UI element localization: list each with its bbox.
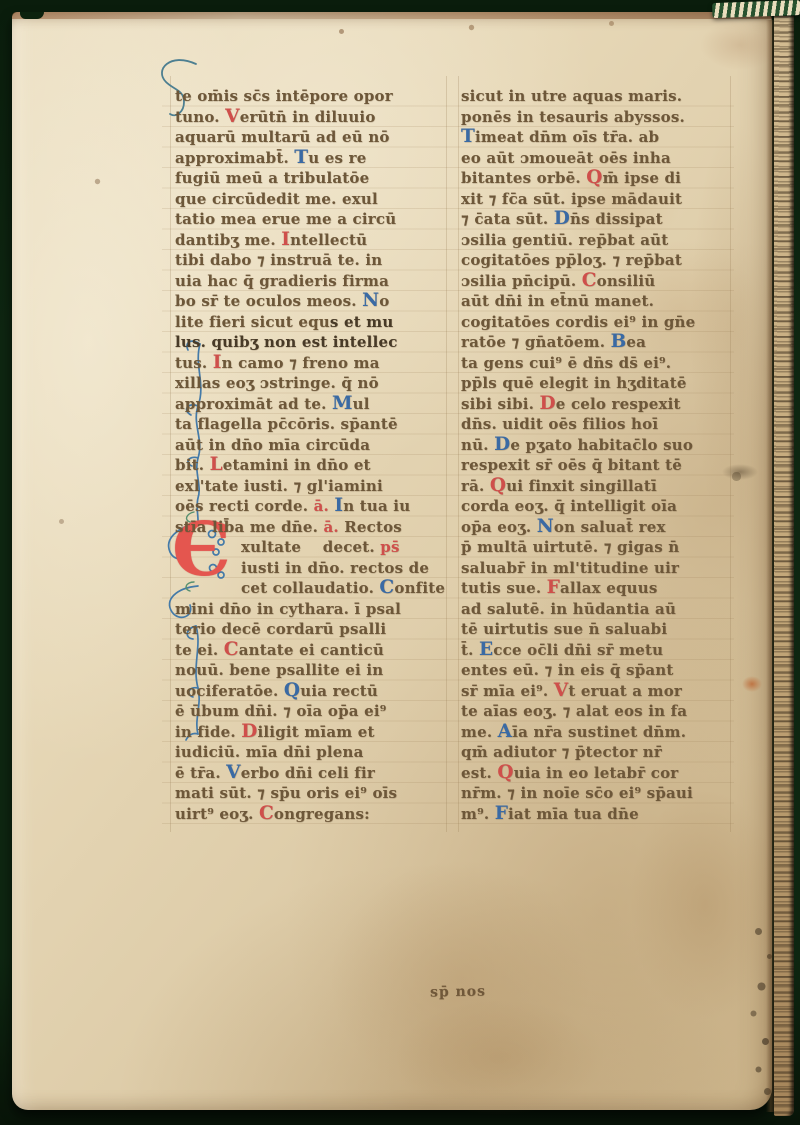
text-segment: xultate — [241, 538, 301, 556]
text-segment: imeat dn̄m oīs tr̄a. ab — [475, 128, 659, 146]
text-segment: dn̄s. uidit oēs filios hoī — [461, 415, 658, 433]
text-segment: cogitatōes cordis ei⁹ in gn̄e — [461, 313, 695, 331]
rubric-initial: Q — [497, 762, 513, 783]
text-segment-dark: s et mu — [330, 313, 394, 331]
edge-specks — [0, 0, 3, 3]
text-column-left: te om̄is sc̄s intēpore oportuno. Verūtn̄… — [175, 86, 449, 824]
text-line: ratōe ⁊ gn̄atōem. Bea — [461, 332, 735, 353]
text-line: ta gens cui⁹ ē dn̄s ds̄ ei⁹. — [461, 353, 735, 374]
text-segment: oēs recti corde. — [175, 497, 314, 515]
text-segment: ta gens cui⁹ ē dn̄s ds̄ ei⁹. — [461, 354, 671, 372]
text-segment: allax equus — [560, 579, 658, 597]
text-line: cogitatōes pp̄loʒ. ⁊ rep̄bat — [461, 250, 735, 271]
text-segment: aūt in dn̄o mīa circūda — [175, 436, 370, 454]
text-segment-dark: lus. quibʒ non est intellec — [175, 333, 398, 351]
rubric-initial: I — [281, 229, 290, 250]
text-segment: ⁊ c̄ata sūt. — [461, 210, 554, 228]
text-segment: ɔsilia gentiū. rep̄bat aūt — [461, 231, 668, 249]
text-segment: bo sr̄ te oculos meos. — [175, 292, 362, 310]
text-line: rā. Qui finxit singillatī — [461, 476, 735, 497]
text-line: t̄. Ecce oc̄li dn̄i sr̄ metu — [461, 640, 735, 661]
text-segment: ratōe ⁊ gn̄atōem. — [461, 333, 611, 351]
text-segment: approximabt̄. — [175, 149, 294, 167]
text-segment: erbo dn̄i celi fir — [241, 764, 375, 782]
text-segment: cce oc̄li dn̄i sr̄ metu — [493, 641, 663, 659]
text-line: dantibʒ me. Intellectū — [175, 230, 449, 251]
text-segment: ē tr̄a. — [175, 764, 226, 782]
text-line: approximabt̄. Tu es re — [175, 148, 449, 169]
text-line: xultate decet. ps̄ — [175, 537, 449, 558]
text-line: est. Quia in eo letabr̄ cor — [461, 763, 735, 784]
text-segment: on saluat̄ rex — [554, 518, 666, 536]
text-line: Timeat dn̄m oīs tr̄a. ab — [461, 127, 735, 148]
text-segment: cogitatōes pp̄loʒ. ⁊ rep̄bat — [461, 251, 682, 269]
rubric-initial: C — [582, 270, 597, 291]
text-segment: dantibʒ me. — [175, 231, 281, 249]
blue-initial: D — [494, 434, 510, 455]
text-segment: aūt dn̄i in et̄nū manet. — [461, 292, 654, 310]
text-segment: decet. — [323, 538, 380, 556]
text-segment: ta flagella pc̄cōris. sp̄antē — [175, 415, 398, 433]
text-segment: saluabr̄ in ml'titudine uir — [461, 559, 679, 577]
blue-initial: F — [495, 803, 508, 824]
text-line: uirt⁹ eoʒ. Congregans: — [175, 804, 449, 825]
text-line: lus. quibʒ non est intellec — [175, 332, 449, 353]
text-segment: e celo respexit — [556, 395, 681, 413]
text-segment: ponēs in tesauris abyssos. — [461, 108, 685, 126]
text-segment: xillas eoʒ ɔstringe. q̄ nō — [175, 374, 379, 392]
text-line: uia hac q̄ gradieris firma — [175, 271, 449, 292]
text-line: ē ūbum dn̄i. ⁊ oīa op̄a ei⁹ — [175, 701, 449, 722]
text-line: tatio mea erue me a circū — [175, 209, 449, 230]
text-line: aūt dn̄i in et̄nū manet. — [461, 291, 735, 312]
page-edge-notch — [20, 12, 44, 19]
text-segment: est. — [461, 764, 497, 782]
text-segment: uociferatōe. — [175, 682, 284, 700]
text-segment: bit. — [175, 456, 210, 474]
book-fore-edge — [774, 16, 794, 1116]
text-segment: n camo ⁊ freno ma — [222, 354, 380, 372]
text-column-right: sicut in utre aquas maris.ponēs in tesau… — [461, 86, 735, 824]
blue-initial: N — [537, 516, 554, 537]
text-segment: tus. — [175, 354, 213, 372]
text-segment: n̄s dissipat — [570, 210, 663, 228]
text-line: ɔsilia pn̄cipū. Consiliū — [461, 271, 735, 292]
text-segment: sibi sibi. — [461, 395, 540, 413]
text-segment: entes eū. ⁊ in eis q̄ sp̄ant — [461, 661, 674, 679]
text-line: aquarū multarū ad eū nō — [175, 127, 449, 148]
endband — [712, 0, 800, 18]
text-line: nouū. bene psallite ei in — [175, 660, 449, 681]
rubric-initial: V — [554, 680, 569, 701]
text-segment: iusti in dn̄o. rectos de — [241, 559, 429, 577]
text-line: te ei. Cantate ei canticū — [175, 640, 449, 661]
text-segment: nouū. bene psallite ei in — [175, 661, 383, 679]
text-segment: xit ⁊ fc̄a sūt. ipse mādauit — [461, 190, 682, 208]
text-line: pp̄ls quē elegit in hʒditatē — [461, 373, 735, 394]
blue-initial: T — [294, 147, 308, 168]
text-segment: te om̄is sc̄s intēpore opor — [175, 87, 393, 105]
text-segment: u es re — [308, 149, 366, 167]
text-line: tē uirtutis sue n̄ saluabi — [461, 619, 735, 640]
text-segment: uia hac q̄ gradieris firma — [175, 272, 389, 290]
text-line: qm̄ adiutor ⁊ p̄tector nr̄ — [461, 742, 735, 763]
blue-initial: T — [461, 126, 475, 147]
text-line: iusti in dn̄o. rectos de — [175, 558, 449, 579]
text-segment: corda eoʒ. q̄ intelligit oīa — [461, 497, 677, 515]
ruling-vertical — [458, 76, 459, 832]
text-segment: etamini in dn̄o et — [223, 456, 371, 474]
text-line: bitantes orbē. Qm̄ ipse di — [461, 168, 735, 189]
text-segment: ntellectū — [290, 231, 367, 249]
text-line: mini dn̄o in cythara. ī psal — [175, 599, 449, 620]
text-line: respexit sr̄ oēs q̄ bitant tē — [461, 455, 735, 476]
text-segment: uia rectū — [300, 682, 378, 700]
text-segment: ɔsilia pn̄cipū. — [461, 272, 582, 290]
text-line: entes eū. ⁊ in eis q̄ sp̄ant — [461, 660, 735, 681]
blue-initial: V — [226, 762, 241, 783]
text-line: que circūdedit me. exul — [175, 189, 449, 210]
text-segment: lite fieri sicut equ — [175, 313, 330, 331]
text-segment: onsiliū — [597, 272, 656, 290]
text-line: ⁊ c̄ata sūt. Dn̄s dissipat — [461, 209, 735, 230]
text-line: iudiciū. mīa dn̄i plena — [175, 742, 449, 763]
text-line: ponēs in tesauris abyssos. — [461, 107, 735, 128]
text-line: eo aūt ɔmoueāt oēs inha — [461, 148, 735, 169]
text-segment: pp̄ls quē elegit in hʒditatē — [461, 374, 687, 392]
text-line: oēs recti corde. ā. In tua iu — [175, 496, 449, 517]
page-fold-shadow — [766, 20, 774, 1112]
text-line: in fide. Diligit mīam et — [175, 722, 449, 743]
rubric-initial: D — [540, 393, 556, 414]
text-segment: tibi dabo ⁊ instruā te. in — [175, 251, 382, 269]
text-segment: m⁹. — [461, 805, 495, 823]
rubric-text: ā. — [323, 518, 344, 536]
text-segment: Rectos — [344, 518, 402, 536]
text-segment: o — [379, 292, 389, 310]
text-line: approximāt ad te. Mul — [175, 394, 449, 415]
text-line: aūt in dn̄o mīa circūda — [175, 435, 449, 456]
text-segment: antate ei canticū — [239, 641, 384, 659]
text-line: ē tr̄a. Verbo dn̄i celi fir — [175, 763, 449, 784]
text-line: bit. Letamini in dn̄o et — [175, 455, 449, 476]
blue-initial: M — [332, 393, 353, 414]
text-segment: stīa lib̄a me dn̄e. — [175, 518, 323, 536]
text-segment: sicut in utre aquas maris. — [461, 87, 682, 105]
text-segment: rā. — [461, 477, 490, 495]
text-segment: qm̄ adiutor ⁊ p̄tector nr̄ — [461, 743, 662, 761]
text-line: cogitatōes cordis ei⁹ in gn̄e — [461, 312, 735, 333]
text-line: cet collaudatio. Confite — [175, 578, 449, 599]
rubric-initial: C — [224, 639, 239, 660]
text-segment: uia in eo letabr̄ cor — [514, 764, 679, 782]
text-segment: uirt⁹ eoʒ. — [175, 805, 259, 823]
rubric-initial: Q — [586, 167, 602, 188]
text-segment: te ei. — [175, 641, 224, 659]
rubric-initial: I — [213, 352, 222, 373]
text-segment: mini dn̄o in cythara. ī psal — [175, 600, 401, 618]
blue-initial: E — [479, 639, 493, 660]
text-segment: iligit mīam et — [258, 723, 375, 741]
blue-initial: D — [554, 208, 570, 229]
text-segment: p̄ multā uirtutē. ⁊ gigas n̄ — [461, 538, 679, 556]
text-segment: aquarū multarū ad eū nō — [175, 128, 390, 146]
text-segment: erūtn̄ in diluuio — [240, 108, 376, 126]
text-segment: nū. — [461, 436, 494, 454]
text-line: p̄ multā uirtutē. ⁊ gigas n̄ — [461, 537, 735, 558]
blue-initial: N — [362, 290, 379, 311]
scan-background: Є te om̄is sc̄s intēpore oportuno. Verūt… — [0, 0, 800, 1125]
rubric-initial: V — [225, 106, 240, 127]
text-segment: te aīas eoʒ. ⁊ alat eos in fa — [461, 702, 687, 720]
text-segment: t̄. — [461, 641, 479, 659]
text-line: sibi sibi. De celo respexit — [461, 394, 735, 415]
text-line: tus. In camo ⁊ freno ma — [175, 353, 449, 374]
text-line: te om̄is sc̄s intēpore opor — [175, 86, 449, 107]
blue-initial: A — [498, 721, 513, 742]
text-line: exl'tate iusti. ⁊ gl'iamini — [175, 476, 449, 497]
blue-initial: I — [334, 495, 343, 516]
text-line: uociferatōe. Quia rectū — [175, 681, 449, 702]
rubric-initial: F — [547, 577, 560, 598]
text-line: terio decē cordarū psalli — [175, 619, 449, 640]
text-segment: m̄ ipse di — [603, 169, 681, 187]
rubric-initial: D — [241, 721, 257, 742]
text-line: stīa lib̄a me dn̄e. ā. Rectos — [175, 517, 449, 538]
text-segment — [301, 538, 323, 556]
text-line: tuno. Verūtn̄ in diluuio — [175, 107, 449, 128]
text-segment: ea — [626, 333, 646, 351]
text-line: me. Aīa nr̄a sustinet dn̄m. — [461, 722, 735, 743]
text-line: tibi dabo ⁊ instruā te. in — [175, 250, 449, 271]
blue-initial: B — [611, 331, 627, 352]
text-segment: in fide. — [175, 723, 241, 741]
text-line: corda eoʒ. q̄ intelligit oīa — [461, 496, 735, 517]
text-line: sicut in utre aquas maris. — [461, 86, 735, 107]
text-line: m⁹. Fiat mīa tua dn̄e — [461, 804, 735, 825]
text-segment: tuno. — [175, 108, 225, 126]
text-line: ɔsilia gentiū. rep̄bat aūt — [461, 230, 735, 251]
text-segment: bitantes orbē. — [461, 169, 586, 187]
rubric-initial: L — [210, 454, 223, 475]
text-segment: e pʒato habitac̄lo suo — [510, 436, 693, 454]
text-segment: mati sūt. ⁊ sp̄u oris ei⁹ oīs — [175, 784, 397, 802]
text-line: sr̄ mīa ei⁹. Vt eruat a mor — [461, 681, 735, 702]
text-segment: iat mīa tua dn̄e — [508, 805, 639, 823]
text-segment: ongregans: — [274, 805, 370, 823]
text-segment: exl'tate iusti. ⁊ gl'iamini — [175, 477, 383, 495]
blue-initial: Q — [284, 680, 300, 701]
rubric-text: ps̄ — [380, 538, 399, 556]
text-segment: īa nr̄a sustinet dn̄m. — [512, 723, 686, 741]
rubric-initial: Q — [490, 475, 506, 496]
text-segment: nr̄m. ⁊ in noīe sc̄o ei⁹ sp̄aui — [461, 784, 693, 802]
text-segment: fugiū meū a tribulatōe — [175, 169, 369, 187]
text-segment: iudiciū. mīa dn̄i plena — [175, 743, 364, 761]
text-line: lite fieri sicut equs et mu — [175, 312, 449, 333]
text-segment: sr̄ mīa ei⁹. — [461, 682, 554, 700]
catchword: sp̄ nos — [430, 984, 486, 1001]
text-segment: cet collaudatio. — [241, 579, 379, 597]
text-line: xillas eoʒ ɔstringe. q̄ nō — [175, 373, 449, 394]
text-segment: tē uirtutis sue n̄ saluabi — [461, 620, 667, 638]
text-segment: approximāt ad te. — [175, 395, 332, 413]
text-segment: ē ūbum dn̄i. ⁊ oīa op̄a ei⁹ — [175, 702, 387, 720]
text-segment: t eruat a mor — [568, 682, 682, 700]
text-line: saluabr̄ in ml'titudine uir — [461, 558, 735, 579]
blue-initial: C — [379, 577, 394, 598]
text-line: bo sr̄ te oculos meos. No — [175, 291, 449, 312]
text-line: ad salutē. in hūdantia aū — [461, 599, 735, 620]
text-segment: ui finxit singillatī — [506, 477, 657, 495]
text-segment: que circūdedit me. exul — [175, 190, 378, 208]
text-line: op̄a eoʒ. Non saluat̄ rex — [461, 517, 735, 538]
text-line: xit ⁊ fc̄a sūt. ipse mādauit — [461, 189, 735, 210]
text-line: dn̄s. uidit oēs filios hoī — [461, 414, 735, 435]
text-segment: terio decē cordarū psalli — [175, 620, 386, 638]
text-line: nū. De pʒato habitac̄lo suo — [461, 435, 735, 456]
text-segment: ad salutē. in hūdantia aū — [461, 600, 676, 618]
text-segment: ul — [353, 395, 370, 413]
text-segment: tatio mea erue me a circū — [175, 210, 396, 228]
text-line: tutis sue. Fallax equus — [461, 578, 735, 599]
text-line: nr̄m. ⁊ in noīe sc̄o ei⁹ sp̄aui — [461, 783, 735, 804]
text-segment: n tua iu — [343, 497, 410, 515]
text-line: fugiū meū a tribulatōe — [175, 168, 449, 189]
text-line: ta flagella pc̄cōris. sp̄antē — [175, 414, 449, 435]
text-line: mati sūt. ⁊ sp̄u oris ei⁹ oīs — [175, 783, 449, 804]
text-segment: me. — [461, 723, 498, 741]
text-segment: eo aūt ɔmoueāt oēs inha — [461, 149, 671, 167]
text-segment: onfite — [394, 579, 445, 597]
text-segment: op̄a eoʒ. — [461, 518, 537, 536]
text-line: te aīas eoʒ. ⁊ alat eos in fa — [461, 701, 735, 722]
text-segment: respexit sr̄ oēs q̄ bitant tē — [461, 456, 682, 474]
text-segment: tutis sue. — [461, 579, 547, 597]
rubric-initial: C — [259, 803, 274, 824]
rubric-text: ā. — [314, 497, 335, 515]
